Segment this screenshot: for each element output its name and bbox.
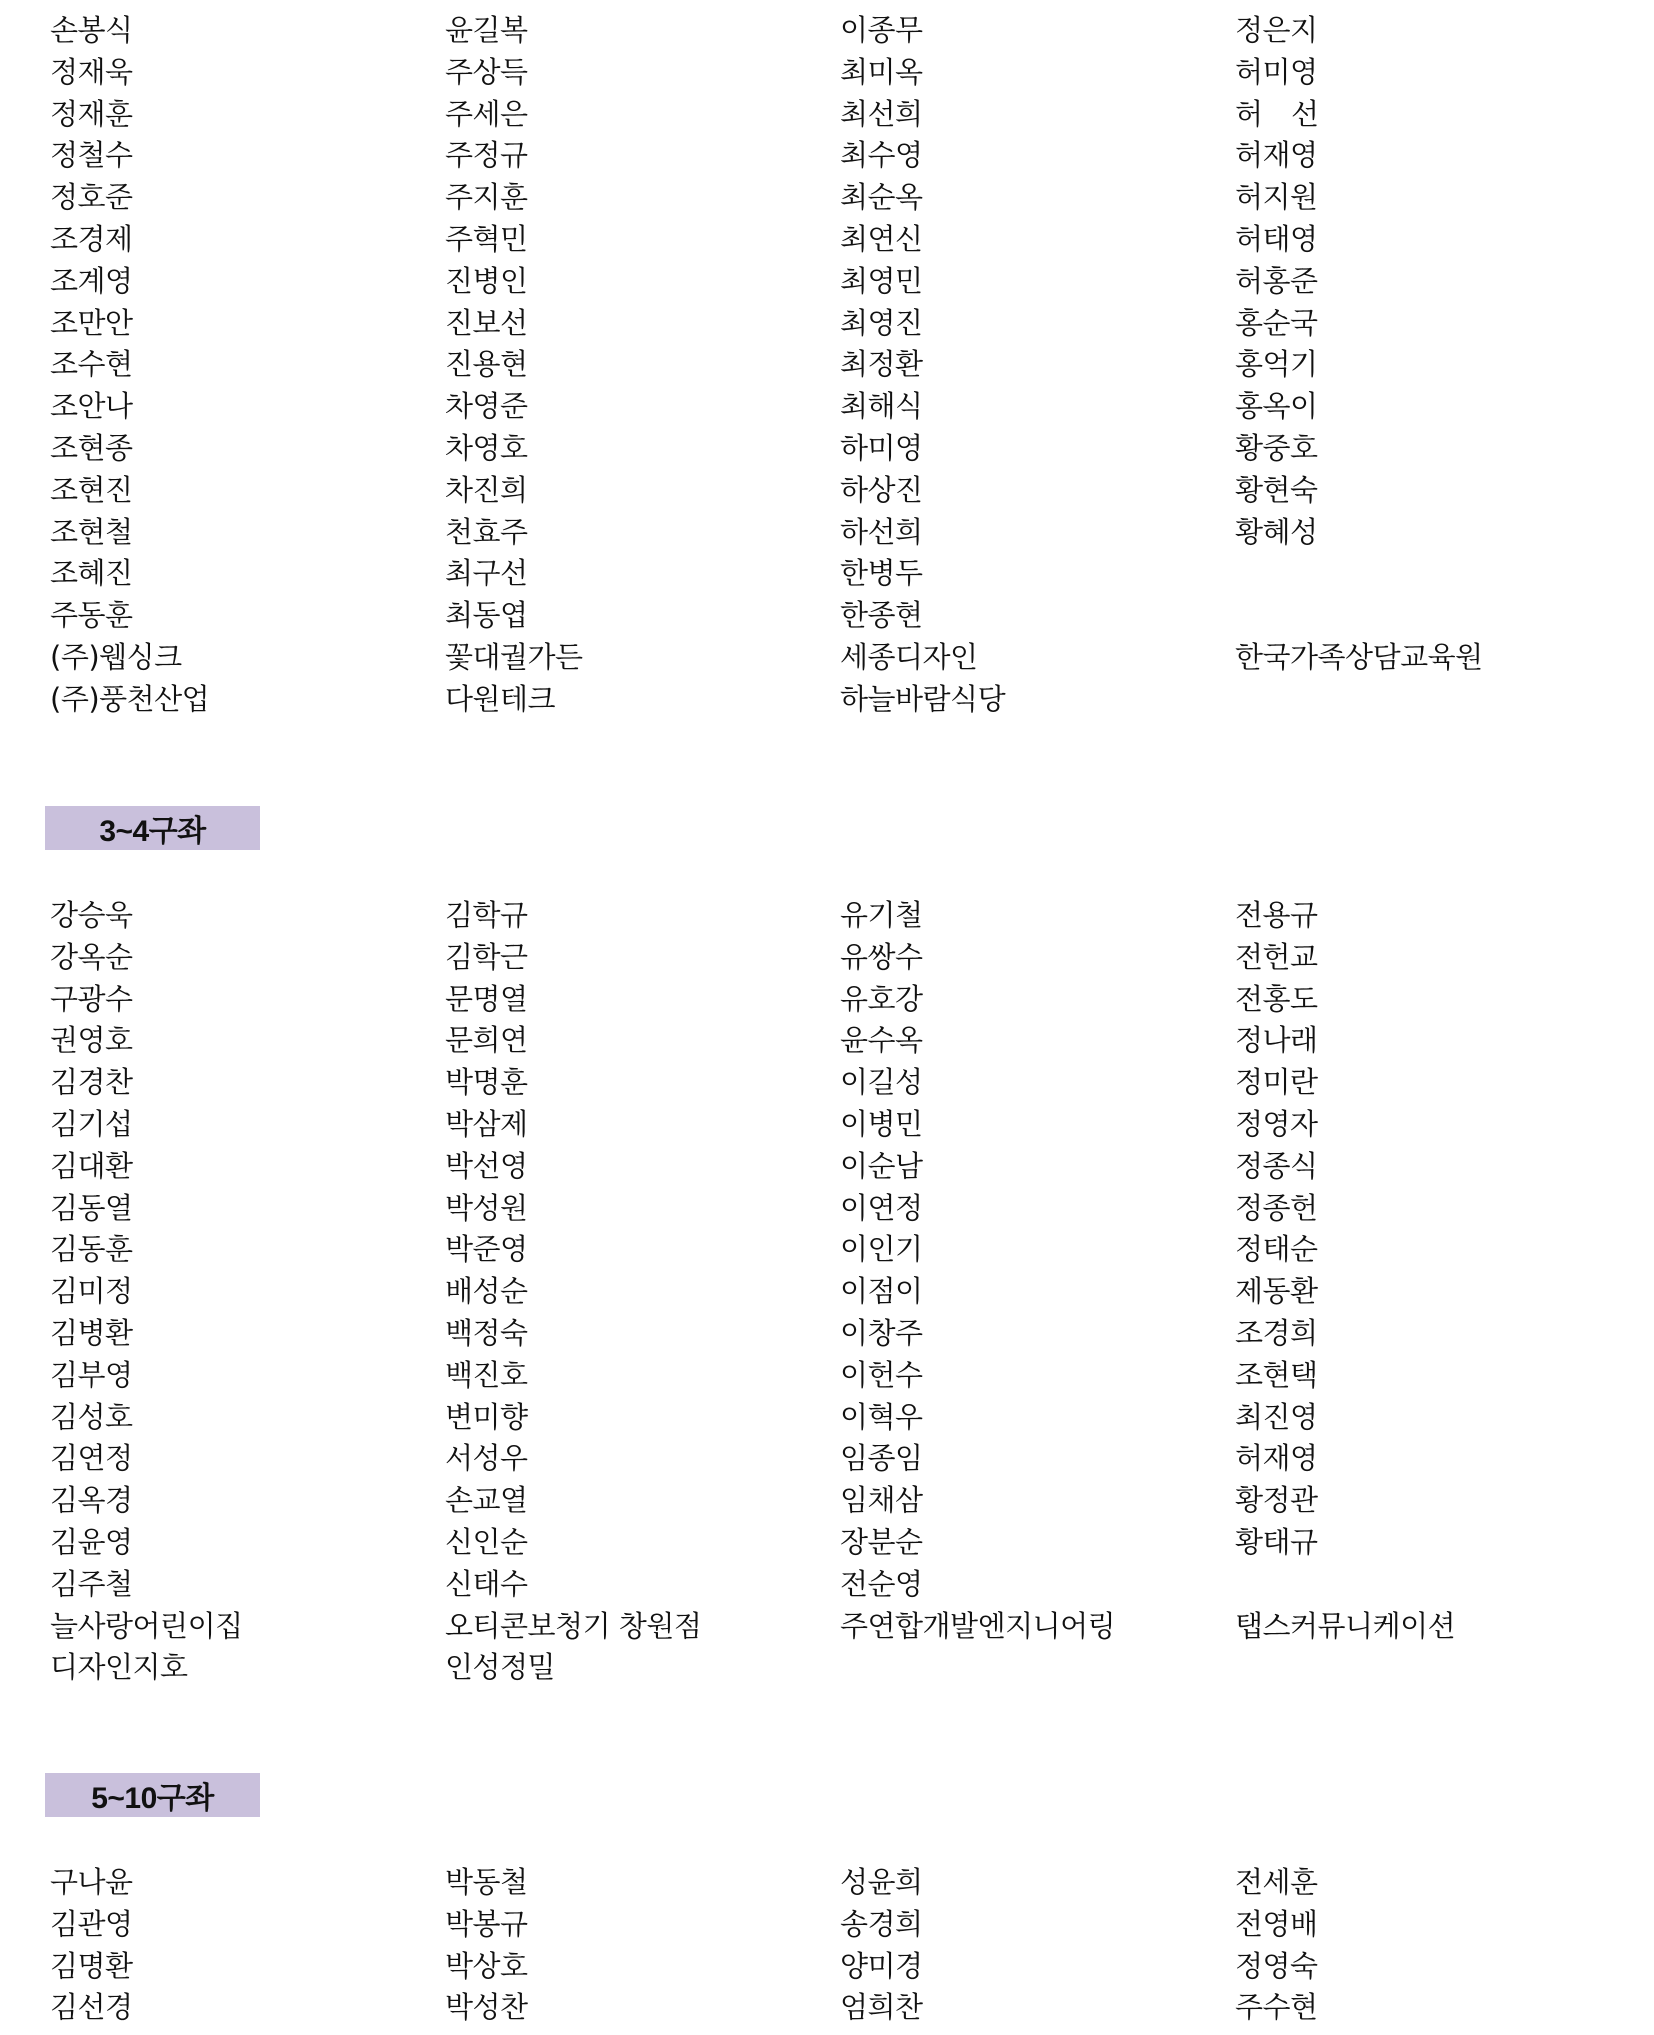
donor-name: 천효주 <box>445 512 528 554</box>
donor-grid: 손봉식윤길복이종무정은지정재욱주상득최미옥허미영정재훈주세은최선희허 선정철수주… <box>0 10 1654 721</box>
donor-name: 송경희 <box>840 1904 923 1946</box>
list-row: 김기섭박삼제이병민정영자 <box>0 1104 1654 1146</box>
donor-name: 김대환 <box>50 1146 133 1188</box>
donor-name: 김연정 <box>50 1438 133 1480</box>
donor-name: (주)풍천산업 <box>50 679 209 721</box>
donor-name: 변미향 <box>445 1397 528 1439</box>
list-row: 김관영박봉규송경희전영배 <box>0 1904 1654 1946</box>
donor-name: 최영진 <box>840 303 923 345</box>
donor-name: 성윤희 <box>840 1862 923 1904</box>
list-row: 조수현진용현최정환홍억기 <box>0 344 1654 386</box>
donor-name: 하늘바람식당 <box>840 679 1005 721</box>
donor-name: 김학규 <box>445 895 528 937</box>
donor-name: 박삼제 <box>445 1104 528 1146</box>
donor-name: 진보선 <box>445 303 528 345</box>
donor-name: 조계영 <box>50 261 133 303</box>
list-row: 손봉식윤길복이종무정은지 <box>0 10 1654 52</box>
donor-name: 박성원 <box>445 1188 528 1230</box>
donor-name: 조경제 <box>50 219 133 261</box>
donor-name: 허미영 <box>1235 52 1318 94</box>
list-row: 정재훈주세은최선희허 선 <box>0 94 1654 136</box>
donor-name: 윤길복 <box>445 10 528 52</box>
donor-name: 하미영 <box>840 428 923 470</box>
donor-name: 조현택 <box>1235 1355 1318 1397</box>
donor-name: 박상호 <box>445 1946 528 1988</box>
donor-name: 전홍도 <box>1235 979 1318 1021</box>
donor-name: 진용현 <box>445 344 528 386</box>
donor-name: 정미란 <box>1235 1062 1318 1104</box>
donor-name: 전순영 <box>840 1564 923 1606</box>
donor-name: (주)웹싱크 <box>50 637 182 679</box>
donor-name: 주수현 <box>1235 1987 1318 2029</box>
list-row: 김명환박상호양미경정영숙 <box>0 1946 1654 1988</box>
donor-name: 황태규 <box>1235 1522 1318 1564</box>
donor-name: 정종식 <box>1235 1146 1318 1188</box>
donor-name: 차영준 <box>445 386 528 428</box>
donor-name: 정호준 <box>50 177 133 219</box>
list-row: 조현진차진희하상진황현숙 <box>0 470 1654 512</box>
donor-name: 한병두 <box>840 553 923 595</box>
donor-name: 황중호 <box>1235 428 1318 470</box>
donor-name: 진병인 <box>445 261 528 303</box>
list-row: 김부영백진호이헌수조현택 <box>0 1355 1654 1397</box>
donor-name: 최순옥 <box>840 177 923 219</box>
donor-name: 허홍준 <box>1235 261 1318 303</box>
donor-name: 주정규 <box>445 135 528 177</box>
donor-name: 구광수 <box>50 979 133 1021</box>
donor-name: 허지원 <box>1235 177 1318 219</box>
donor-name: 하상진 <box>840 470 923 512</box>
donor-name: 손봉식 <box>50 10 133 52</box>
donor-name: 주세은 <box>445 94 528 136</box>
donor-name: 최미옥 <box>840 52 923 94</box>
list-row: 김미정배성순이점이제동환 <box>0 1271 1654 1313</box>
donor-name: 조현진 <box>50 470 133 512</box>
donor-name: 김병환 <box>50 1313 133 1355</box>
donor-name: 이창주 <box>840 1313 923 1355</box>
list-row: 구광수문명열유호강전홍도 <box>0 979 1654 1021</box>
donor-name: 김부영 <box>50 1355 133 1397</box>
donor-name: 유호강 <box>840 979 923 1021</box>
donor-name: 주혁민 <box>445 219 528 261</box>
donor-list-section-1: 손봉식윤길복이종무정은지정재욱주상득최미옥허미영정재훈주세은최선희허 선정철수주… <box>0 10 1654 721</box>
donor-name: 임종임 <box>840 1438 923 1480</box>
donor-name: 탭스커뮤니케이션 <box>1235 1606 1455 1648</box>
list-row: 김옥경손교열임채삼황정관 <box>0 1480 1654 1522</box>
donor-name: 엄희찬 <box>840 1987 923 2029</box>
donor-name: 백진호 <box>445 1355 528 1397</box>
donor-name: 정영자 <box>1235 1104 1318 1146</box>
list-row: 주동훈최동엽한종현 <box>0 595 1654 637</box>
donor-name: 장분순 <box>840 1522 923 1564</box>
donor-grid: 강승욱김학규유기철전용규강옥순김학근유쌍수전헌교구광수문명열유호강전홍도권영호문… <box>0 895 1654 1689</box>
donor-name: 최진영 <box>1235 1397 1318 1439</box>
donor-name: 조혜진 <box>50 553 133 595</box>
donor-name: 이점이 <box>840 1271 923 1313</box>
donor-grid: 구나윤박동철성윤희전세훈김관영박봉규송경희전영배김명환박상호양미경정영숙김선경박… <box>0 1862 1654 2029</box>
donor-name: 김관영 <box>50 1904 133 1946</box>
donor-name: 이헌수 <box>840 1355 923 1397</box>
donor-name: 김경찬 <box>50 1062 133 1104</box>
list-row: 조계영진병인최영민허홍준 <box>0 261 1654 303</box>
list-row: 김동훈박준영이인기정태순 <box>0 1229 1654 1271</box>
donor-name: 박준영 <box>445 1229 528 1271</box>
donor-name: 김동훈 <box>50 1229 133 1271</box>
donor-name: 백정숙 <box>445 1313 528 1355</box>
donor-name: 이혁우 <box>840 1397 923 1439</box>
list-row: 김연정서성우임종임허재영 <box>0 1438 1654 1480</box>
donor-name: 최동엽 <box>445 595 528 637</box>
donor-name: 최수영 <box>840 135 923 177</box>
donor-name: 문명열 <box>445 979 528 1021</box>
donor-name: 박성찬 <box>445 1987 528 2029</box>
donor-name: 신태수 <box>445 1564 528 1606</box>
donor-name: 홍억기 <box>1235 344 1318 386</box>
donor-name: 황정관 <box>1235 1480 1318 1522</box>
donor-name: 김성호 <box>50 1397 133 1439</box>
donor-name: 홍옥이 <box>1235 386 1318 428</box>
donor-name: 황혜성 <box>1235 512 1318 554</box>
donor-name: 주지훈 <box>445 177 528 219</box>
list-row: 조만안진보선최영진홍순국 <box>0 303 1654 345</box>
list-row: 김경찬박명훈이길성정미란 <box>0 1062 1654 1104</box>
donor-name: 조수현 <box>50 344 133 386</box>
donor-list-section-5-10: 구나윤박동철성윤희전세훈김관영박봉규송경희전영배김명환박상호양미경정영숙김선경박… <box>0 1862 1654 2029</box>
donor-name: 주상득 <box>445 52 528 94</box>
donor-name: 정영숙 <box>1235 1946 1318 1988</box>
donor-name: 제동환 <box>1235 1271 1318 1313</box>
list-row: 김동열박성원이연정정종헌 <box>0 1188 1654 1230</box>
donor-name: 전영배 <box>1235 1904 1318 1946</box>
donor-name: 인성정밀 <box>445 1647 555 1689</box>
list-row: (주)풍천산업다원테크하늘바람식당 <box>0 679 1654 721</box>
donor-name: 주연합개발엔지니어링 <box>840 1606 1115 1648</box>
donor-name: 정재훈 <box>50 94 133 136</box>
section-label-3-4: 3~4구좌 <box>45 806 260 850</box>
donor-name: 배성순 <box>445 1271 528 1313</box>
donor-name: 이병민 <box>840 1104 923 1146</box>
donor-name: 늘사랑어린이집 <box>50 1606 243 1648</box>
donor-name: 양미경 <box>840 1946 923 1988</box>
list-row: 디자인지호인성정밀 <box>0 1647 1654 1689</box>
donor-name: 최해식 <box>840 386 923 428</box>
donor-name: 최정환 <box>840 344 923 386</box>
donor-name: 신인순 <box>445 1522 528 1564</box>
list-row: 늘사랑어린이집오티콘보청기 창원점주연합개발엔지니어링탭스커뮤니케이션 <box>0 1606 1654 1648</box>
donor-name: 박선영 <box>445 1146 528 1188</box>
donor-name: 하선희 <box>840 512 923 554</box>
donor-name: 정철수 <box>50 135 133 177</box>
list-row: 정철수주정규최수영허재영 <box>0 135 1654 177</box>
list-row: 김주철신태수전순영 <box>0 1564 1654 1606</box>
donor-name: 홍순국 <box>1235 303 1318 345</box>
donor-name: 정나래 <box>1235 1020 1318 1062</box>
donor-name: 김윤영 <box>50 1522 133 1564</box>
donor-name: 김주철 <box>50 1564 133 1606</box>
donor-name: 김선경 <box>50 1987 133 2029</box>
donor-name: 이연정 <box>840 1188 923 1230</box>
donor-name: 김명환 <box>50 1946 133 1988</box>
donor-name: 전세훈 <box>1235 1862 1318 1904</box>
donor-name: 김기섭 <box>50 1104 133 1146</box>
donor-name: 윤수옥 <box>840 1020 923 1062</box>
donor-name: 한국가족상담교육원 <box>1235 637 1483 679</box>
donor-name: 허 선 <box>1235 94 1319 136</box>
donor-name: 문희연 <box>445 1020 528 1062</box>
donor-name: 조현철 <box>50 512 133 554</box>
donor-name: 조현종 <box>50 428 133 470</box>
list-row: 김병환백정숙이창주조경희 <box>0 1313 1654 1355</box>
donor-name: 주동훈 <box>50 595 133 637</box>
donor-name: 이순남 <box>840 1146 923 1188</box>
list-row: 김선경박성찬엄희찬주수현 <box>0 1987 1654 2029</box>
donor-name: 조경희 <box>1235 1313 1318 1355</box>
donor-name: 유기철 <box>840 895 923 937</box>
donor-name: 김옥경 <box>50 1480 133 1522</box>
donor-name: 허재영 <box>1235 135 1318 177</box>
donor-name: 박명훈 <box>445 1062 528 1104</box>
donor-name: 정은지 <box>1235 10 1318 52</box>
list-row: 정호준주지훈최순옥허지원 <box>0 177 1654 219</box>
donor-name: 차진희 <box>445 470 528 512</box>
donor-name: 정재욱 <box>50 52 133 94</box>
list-row: 조혜진최구선한병두 <box>0 553 1654 595</box>
donor-name: 이인기 <box>840 1229 923 1271</box>
donor-name: 오티콘보청기 창원점 <box>445 1606 701 1648</box>
donor-name: 구나윤 <box>50 1862 133 1904</box>
list-row: 조경제주혁민최연신허태영 <box>0 219 1654 261</box>
list-row: 구나윤박동철성윤희전세훈 <box>0 1862 1654 1904</box>
donor-name: 권영호 <box>50 1020 133 1062</box>
donor-name: 이길성 <box>840 1062 923 1104</box>
donor-name: 정태순 <box>1235 1229 1318 1271</box>
donor-name: 김미정 <box>50 1271 133 1313</box>
list-row: 강승욱김학규유기철전용규 <box>0 895 1654 937</box>
donor-list-section-3-4: 강승욱김학규유기철전용규강옥순김학근유쌍수전헌교구광수문명열유호강전홍도권영호문… <box>0 895 1654 1689</box>
donor-name: 디자인지호 <box>50 1647 188 1689</box>
list-row: 김대환박선영이순남정종식 <box>0 1146 1654 1188</box>
list-row: 조안나차영준최해식홍옥이 <box>0 386 1654 428</box>
donor-name: 황현숙 <box>1235 470 1318 512</box>
list-row: 조현종차영호하미영황중호 <box>0 428 1654 470</box>
donor-name: 김학근 <box>445 937 528 979</box>
donor-name: 강승욱 <box>50 895 133 937</box>
list-row: 김윤영신인순장분순황태규 <box>0 1522 1654 1564</box>
donor-name: 허태영 <box>1235 219 1318 261</box>
donor-name: 최영민 <box>840 261 923 303</box>
donor-name: 최연신 <box>840 219 923 261</box>
donor-name: 임채삼 <box>840 1480 923 1522</box>
donor-name: 세종디자인 <box>840 637 978 679</box>
donor-name: 박동철 <box>445 1862 528 1904</box>
list-row: 정재욱주상득최미옥허미영 <box>0 52 1654 94</box>
donor-name: 한종현 <box>840 595 923 637</box>
donor-name: 조만안 <box>50 303 133 345</box>
list-row: 조현철천효주하선희황혜성 <box>0 512 1654 554</box>
list-row: 권영호문희연윤수옥정나래 <box>0 1020 1654 1062</box>
donor-name: 강옥순 <box>50 937 133 979</box>
donor-name: 최선희 <box>840 94 923 136</box>
donor-name: 차영호 <box>445 428 528 470</box>
list-row: 강옥순김학근유쌍수전헌교 <box>0 937 1654 979</box>
list-row: (주)웹싱크꽃대궐가든세종디자인한국가족상담교육원 <box>0 637 1654 679</box>
donor-name: 허재영 <box>1235 1438 1318 1480</box>
donor-name: 정종헌 <box>1235 1188 1318 1230</box>
donor-name: 이종무 <box>840 10 923 52</box>
donor-name: 김동열 <box>50 1188 133 1230</box>
donor-name: 유쌍수 <box>840 937 923 979</box>
donor-name: 박봉규 <box>445 1904 528 1946</box>
section-label-5-10: 5~10구좌 <box>45 1773 260 1817</box>
donor-name: 최구선 <box>445 553 528 595</box>
donor-name: 전헌교 <box>1235 937 1318 979</box>
donor-name: 손교열 <box>445 1480 528 1522</box>
list-row: 김성호변미향이혁우최진영 <box>0 1397 1654 1439</box>
donor-name: 조안나 <box>50 386 133 428</box>
donor-name: 전용규 <box>1235 895 1318 937</box>
donor-name: 꽃대궐가든 <box>445 637 583 679</box>
donor-name: 서성우 <box>445 1438 528 1480</box>
donor-name: 다원테크 <box>445 679 555 721</box>
